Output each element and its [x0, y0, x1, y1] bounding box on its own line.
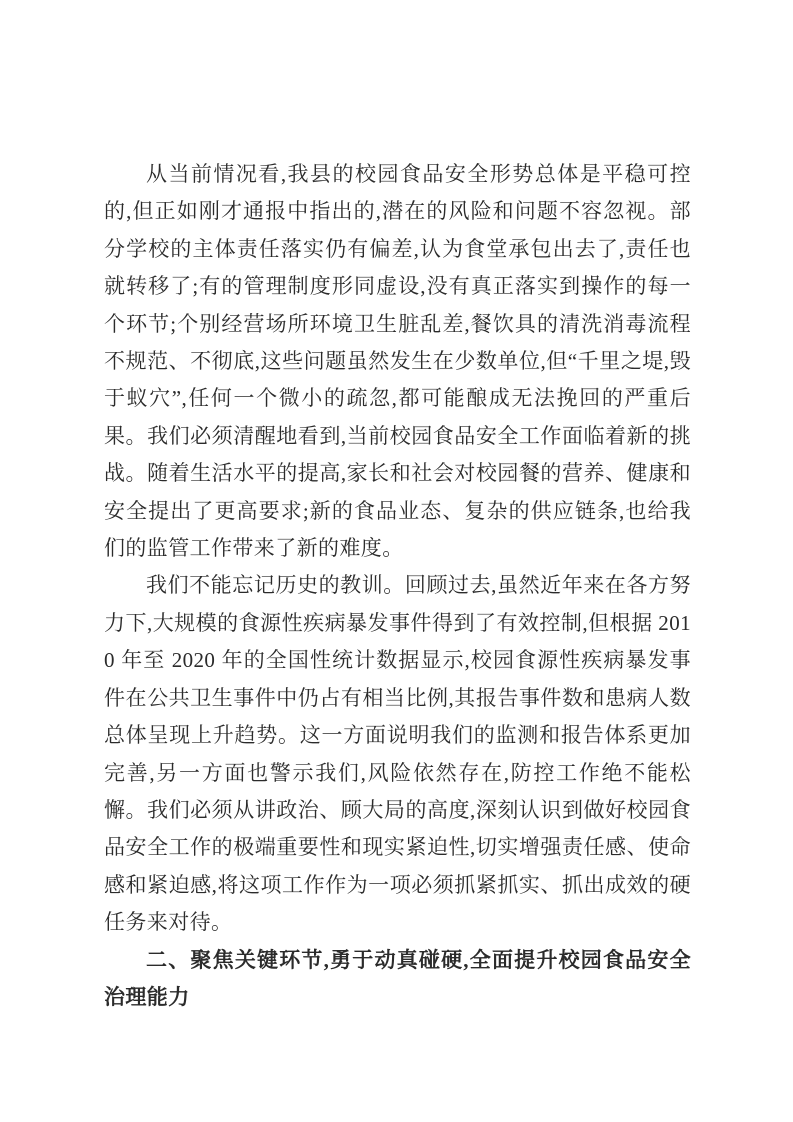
paragraph-historical-lessons: 我们不能忘记历史的教训。回顾过去,虽然近年来在各方努力下,大规模的食源性疾病暴发… [104, 567, 691, 941]
paragraph-current-situation: 从当前情况看,我县的校园食品安全形势总体是平稳可控的,但正如刚才通报中指出的,潜… [104, 156, 691, 567]
section-heading-two: 二、聚焦关键环节,勇于动真碰硬,全面提升校园食品安全治理能力 [104, 942, 691, 1017]
document-page: 从当前情况看,我县的校园食品安全形势总体是平稳可控的,但正如刚才通报中指出的,潜… [0, 0, 793, 1122]
document-text-block: 从当前情况看,我县的校园食品安全形势总体是平稳可控的,但正如刚才通报中指出的,潜… [104, 156, 691, 1016]
